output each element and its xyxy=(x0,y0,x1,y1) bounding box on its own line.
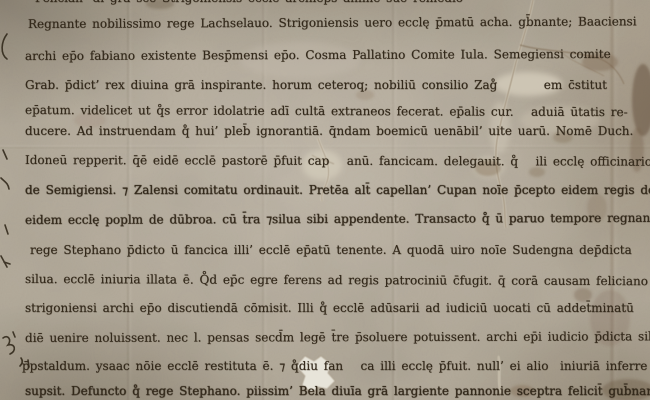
manuscript-text: Felician’ di grā scē Strigoniensis ecclē… xyxy=(0,0,650,400)
manuscript-line-3: Grab. p̄dict’ rex diuina grā inspirante.… xyxy=(25,78,607,92)
manuscript-line-14: supsit. Defuncto q̊ rege Stephano. piiss… xyxy=(25,384,650,398)
manuscript-line-10: silua. ecclē iniuria illata ē. Q̊d ep̄c … xyxy=(25,272,648,288)
parchment-document: Felician’ di grā scē Strigoniensis ecclē… xyxy=(0,0,650,400)
manuscript-line-13: p̄pstaldum. ysaac nōie ecclē restituta ē… xyxy=(22,359,650,373)
manuscript-line-5: ducere. Ad instruendam q̊ hui’ pleb̄ ign… xyxy=(25,124,633,138)
manuscript-line-11: strigoniensi archi ep̄o discutiendā cōmi… xyxy=(25,301,634,315)
manuscript-line-12: diē uenire noluissent. nec l. pensas sec… xyxy=(25,329,650,345)
manuscript-line-8: eidem ecclę poplm de dūbroa. cū t̄ra ⁊si… xyxy=(25,211,650,227)
manuscript-line-0: Felician’ di grā scē Strigoniensis ecclē… xyxy=(35,0,463,5)
manuscript-line-7: de Semigiensi. ⁊ Zalensi comitatu ordina… xyxy=(25,183,650,197)
manuscript-line-6: Idoneū repperit. q̄ē eidē ecclē pastorē … xyxy=(25,153,650,169)
manuscript-line-9: rege Stephano p̄dicto ū fancica illi’ ec… xyxy=(30,243,632,257)
manuscript-line-1: Regnante nobilissimo rege Lachselauo. St… xyxy=(28,14,637,31)
manuscript-line-4: ep̄atum. videlicet ut q̊s error idolatri… xyxy=(25,103,628,119)
manuscript-line-2: archi ep̄o fabiano existente Besp̄mensi … xyxy=(25,47,611,63)
